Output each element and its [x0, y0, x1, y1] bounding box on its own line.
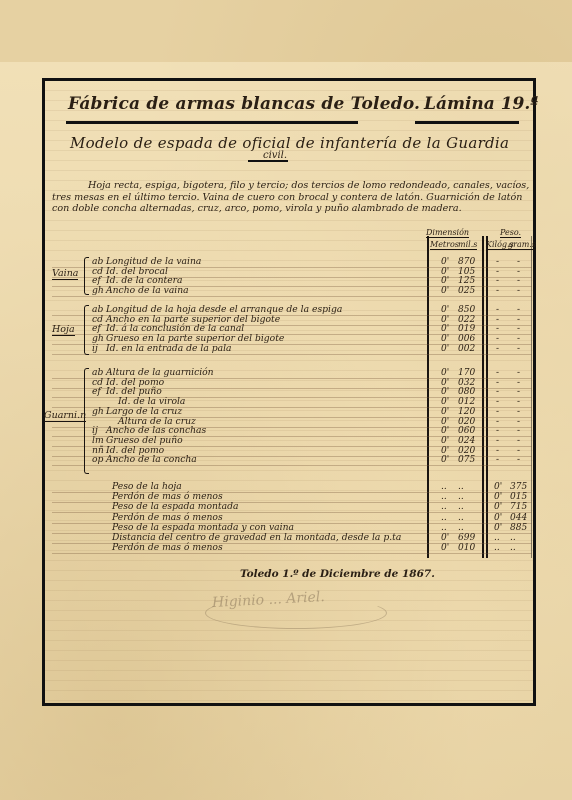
value-metros: 0' — [441, 267, 449, 277]
value-milimetros: 010 — [458, 543, 475, 553]
row-code: gh — [92, 286, 106, 296]
value-metros: .. — [441, 502, 447, 512]
value-metros: 0' — [441, 446, 449, 456]
value-metros: 0' — [441, 368, 449, 378]
value-milimetros: 060 — [458, 426, 475, 436]
value-gramos: - — [517, 334, 520, 344]
place-date: Toledo 1.º de Diciembre de 1867. — [240, 568, 435, 580]
value-gramos: - — [517, 455, 520, 465]
row-label: Ancho de la concha — [106, 454, 197, 465]
value-gramos: - — [517, 276, 520, 286]
subtitle-underline — [248, 160, 288, 162]
value-metros: 0' — [441, 257, 449, 267]
value-metros: 0' — [441, 315, 449, 325]
value-milimetros: 120 — [458, 407, 475, 417]
value-metros: 0' — [441, 344, 449, 354]
value-gramos: - — [517, 426, 520, 436]
table-row: ijId. en la entrada de la pala — [92, 344, 232, 354]
row-code: op — [92, 455, 106, 465]
value-kilos: - — [496, 387, 499, 397]
brace-guarnicion — [84, 368, 89, 474]
value-gramos: - — [517, 368, 520, 378]
value-milimetros: 002 — [458, 344, 475, 354]
value-gramos: 375 — [510, 482, 527, 492]
value-milimetros: 012 — [458, 397, 475, 407]
row-rule — [52, 354, 532, 355]
value-metros: .. — [441, 523, 447, 533]
value-kilos: 0' — [494, 492, 502, 502]
dimension-unit-mil: mil.s — [458, 240, 477, 250]
title-underline — [66, 121, 358, 124]
dimension-header: Dimensión — [426, 228, 469, 238]
value-milimetros: 019 — [458, 324, 475, 334]
value-kilos: - — [496, 455, 499, 465]
value-metros: .. — [441, 482, 447, 492]
value-milimetros: 025 — [458, 286, 475, 296]
value-kilos: - — [496, 257, 499, 267]
value-gramos: - — [517, 315, 520, 325]
dimension-unit-metros: Metros — [430, 240, 459, 250]
value-kilos: - — [496, 436, 499, 446]
value-gramos: - — [517, 305, 520, 315]
value-gramos: - — [517, 397, 520, 407]
value-milimetros: .. — [458, 492, 464, 502]
value-gramos: .. — [510, 543, 516, 553]
value-kilos: - — [496, 378, 499, 388]
value-milimetros: 024 — [458, 436, 475, 446]
value-gramos: - — [517, 436, 520, 446]
value-milimetros: 699 — [458, 533, 475, 543]
value-metros: .. — [441, 492, 447, 502]
value-metros: 0' — [441, 417, 449, 427]
value-kilos: - — [496, 446, 499, 456]
value-milimetros: .. — [458, 523, 464, 533]
value-gramos: - — [517, 446, 520, 456]
value-metros: .. — [441, 513, 447, 523]
value-milimetros: 022 — [458, 315, 475, 325]
value-metros: 0' — [441, 407, 449, 417]
row-code: gh — [92, 407, 106, 417]
value-milimetros: 870 — [458, 257, 475, 267]
value-milimetros: 125 — [458, 276, 475, 286]
value-milimetros: 080 — [458, 387, 475, 397]
value-kilos: - — [496, 426, 499, 436]
value-metros: 0' — [441, 533, 449, 543]
value-gramos: - — [517, 344, 520, 354]
value-gramos: 015 — [510, 492, 527, 502]
row-label: Id. en la entrada de la pala — [106, 343, 232, 354]
value-kilos: - — [496, 324, 499, 334]
value-gramos: - — [517, 407, 520, 417]
value-metros: 0' — [441, 324, 449, 334]
value-kilos: - — [496, 267, 499, 277]
value-kilos: - — [496, 397, 499, 407]
value-gramos: 885 — [510, 523, 527, 533]
row-code: ef — [92, 387, 106, 397]
value-gramos: - — [517, 286, 520, 296]
value-kilos: - — [496, 315, 499, 325]
value-gramos: - — [517, 378, 520, 388]
value-milimetros: .. — [458, 482, 464, 492]
value-milimetros: 850 — [458, 305, 475, 315]
value-milimetros: 105 — [458, 267, 475, 277]
value-milimetros: 020 — [458, 446, 475, 456]
value-kilos: 0' — [494, 513, 502, 523]
value-milimetros: 075 — [458, 455, 475, 465]
value-gramos: - — [517, 257, 520, 267]
value-metros: 0' — [441, 426, 449, 436]
value-metros: 0' — [441, 276, 449, 286]
row-rule — [52, 296, 532, 297]
value-metros: 0' — [441, 387, 449, 397]
row-code: ij — [92, 344, 106, 354]
value-kilos: - — [496, 344, 499, 354]
value-kilos: 0' — [494, 502, 502, 512]
weight-row-label: Perdón de mas ó menos — [112, 543, 223, 553]
value-gramos: - — [517, 324, 520, 334]
value-kilos: .. — [494, 543, 500, 553]
row-rule — [52, 465, 532, 466]
value-metros: 0' — [441, 397, 449, 407]
value-milimetros: 170 — [458, 368, 475, 378]
value-kilos: - — [496, 334, 499, 344]
value-milimetros: 020 — [458, 417, 475, 427]
value-kilos: 0' — [494, 482, 502, 492]
weight-row-label: Peso de la espada montada — [112, 502, 238, 512]
brace-vaina — [84, 257, 89, 295]
table-row: opAncho de la concha — [92, 455, 197, 465]
value-kilos: - — [496, 305, 499, 315]
plate-number: Lámina 19.ª — [424, 94, 539, 114]
value-gramos: - — [517, 417, 520, 427]
document-title: Fábrica de armas blancas de Toledo. — [68, 94, 420, 114]
peso-header: Peso. — [500, 228, 521, 238]
group-label-hoja: Hoja — [52, 324, 75, 336]
value-milimetros: 006 — [458, 334, 475, 344]
row-label: Ancho de la vaina — [106, 285, 189, 296]
value-metros: 0' — [441, 286, 449, 296]
value-milimetros: .. — [458, 513, 464, 523]
value-kilos: - — [496, 407, 499, 417]
brace-hoja — [84, 305, 89, 355]
value-metros: 0' — [441, 543, 449, 553]
value-gramos: 715 — [510, 502, 527, 512]
group-label-vaina: Vaina — [52, 268, 78, 280]
value-metros: 0' — [441, 436, 449, 446]
value-kilos: - — [496, 417, 499, 427]
value-metros: 0' — [441, 334, 449, 344]
value-kilos: 0' — [494, 523, 502, 533]
value-gramos: .. — [510, 533, 516, 543]
value-gramos: - — [517, 387, 520, 397]
value-gramos: - — [517, 267, 520, 277]
value-metros: 0' — [441, 305, 449, 315]
value-metros: 0' — [441, 378, 449, 388]
description-paragraph: Hoja recta, espiga, bigotera, filo y ter… — [52, 180, 532, 215]
value-milimetros: .. — [458, 502, 464, 512]
plate-underline — [415, 121, 519, 124]
value-kilos: .. — [494, 533, 500, 543]
document-subtitle: Modelo de espada de oficial de infanterí… — [70, 134, 509, 152]
value-milimetros: 032 — [458, 378, 475, 388]
table-row: ghAncho de la vaina — [92, 286, 189, 296]
group-label-guarnicion: Guarni.n — [44, 410, 86, 422]
description-text: Hoja recta, espiga, bigotera, filo y ter… — [52, 180, 532, 215]
row-rule — [52, 553, 532, 554]
value-metros: 0' — [441, 455, 449, 465]
value-kilos: - — [496, 286, 499, 296]
value-kilos: - — [496, 276, 499, 286]
value-kilos: - — [496, 368, 499, 378]
value-gramos: 044 — [510, 513, 527, 523]
